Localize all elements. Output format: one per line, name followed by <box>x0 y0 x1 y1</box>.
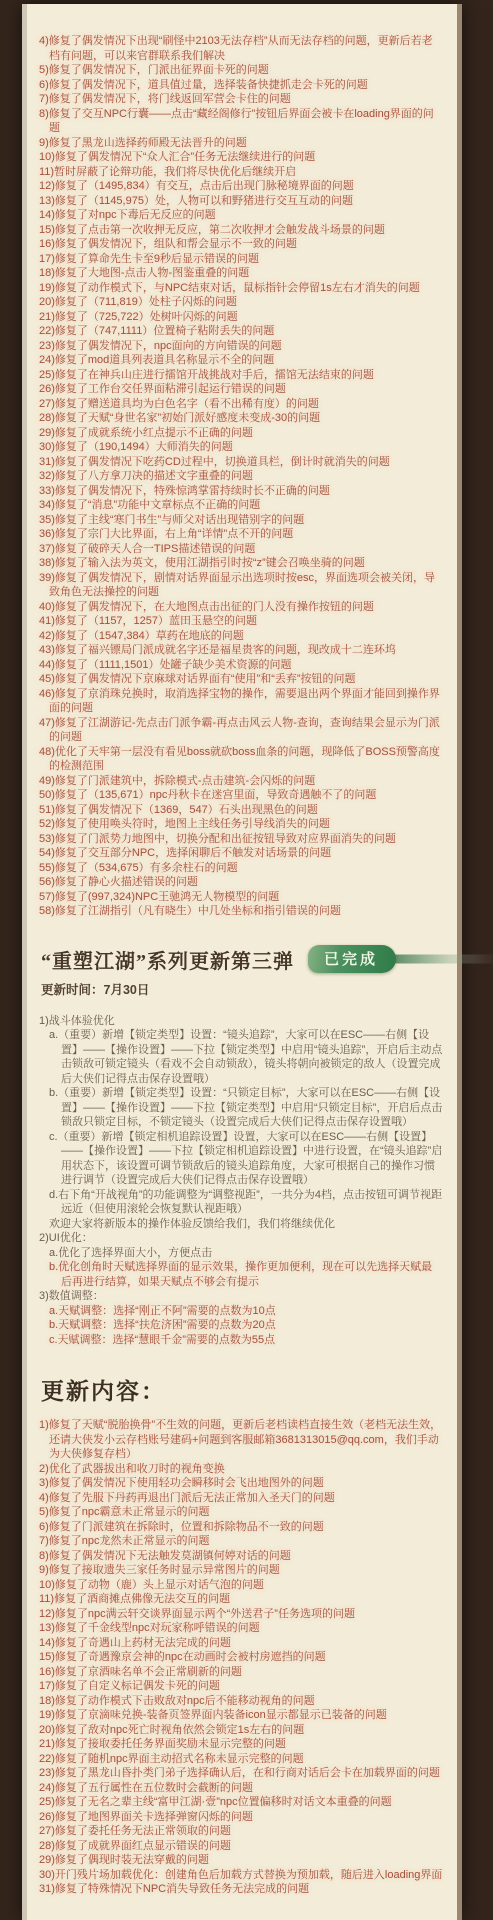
patch-notes-page: 4)修复了偶发情况下出现“刷怪中2103无法存档”从而无法存档的问题，更新后若老… <box>0 0 493 1920</box>
optimization-line: a.（重要）新增【锁定类型】设置：“镜头追踪”，大家可以在ESC——右侧【设置】… <box>39 1028 443 1086</box>
update-item: 28)修复了成就界面红点显示错误的问题 <box>39 1839 443 1854</box>
bugfix-item: 20)修复了（711,819）处柱子闪烁的问题 <box>39 295 443 310</box>
bugfix-item: 28)修复了天赋“身世名家”初始门派好感度未变成-30的问题 <box>39 411 443 426</box>
optimization-line: d.右下角“开战视角”的功能调整为“调整视距”，一共分为4档，点击按钮可调节视距… <box>39 1188 443 1217</box>
update-item: 29)修复了偶现时装无法穿戴的问题 <box>39 1853 443 1868</box>
bugfix-item: 27)修复了赠送道具均为白色名字（看不出稀有度）的问题 <box>39 397 443 412</box>
update-item: 3)修复了偶发情况下使用轻功会瞬移时会飞出地图外的问题 <box>39 1476 443 1491</box>
bugfix-item: 47)修复了江湖游记-先点击门派争霸-再点击风云人物-查询，查询结果会显示为门派… <box>39 716 443 745</box>
optimization-line: 2)UI优化： <box>39 1231 443 1246</box>
bugfix-item: 45)修复了偶发情况下京麻球对话界面有“使用”和“丢弃”按钮的问题 <box>39 672 443 687</box>
bugfix-item: 56)修复了静心火描述错误的问题 <box>39 875 443 890</box>
bugfix-item: 25)修复了在神兵山庄进行擂馆开战挑战对手后，擂馆无法结束的问题 <box>39 368 443 383</box>
bugfix-item: 42)修复了（1547,384）草药在地底的问题 <box>39 629 443 644</box>
update-item: 21)修复了接取委托任务界面奖励未显示完整的问题 <box>39 1737 443 1752</box>
bugfix-item: 21)修复了（725,722）处树叶闪烁的问题 <box>39 310 443 325</box>
bugfix-item: 26)修复了工作台交任界面粘滞引起运行错误的问题 <box>39 382 443 397</box>
bugfix-item: 34)修复了“消息”功能中文章标点不正确的问题 <box>39 498 443 513</box>
optimization-blocks: 1)战斗体验优化a.（重要）新增【锁定类型】设置：“镜头追踪”，大家可以在ESC… <box>39 1014 443 1348</box>
update-item: 1)修复了天赋“脱胎换骨”不生效的问题，更新后老档读档直接生效（老档无法生效，还… <box>39 1418 443 1462</box>
update-item: 16)修复了京酒味名单不会正常刷新的问题 <box>39 1665 443 1680</box>
bugfix-item: 11)暂时屏蔽了论辩功能，我们将尽快优化后继续开启 <box>39 165 443 180</box>
update-item: 18)修复了动作模式下击败敌对npc后不能移动视角的问题 <box>39 1694 443 1709</box>
bugfix-item: 19)修复了动作模式下，与NPC结束对话，鼠标指针会停留1s左右才消失的问题 <box>39 281 443 296</box>
update-item: 6)修复了门派建筑在拆除时，位置和拆除物品不一致的问题 <box>39 1520 443 1535</box>
bugfix-item: 17)修复了算命先生卡至9秒后显示错误的问题 <box>39 252 443 267</box>
update-item: 25)修复了无名之辈主线“富甲江湖·壹”npc位置偏移时对话文本重叠的问题 <box>39 1795 443 1810</box>
completed-status-badge: 已完成 <box>308 945 396 973</box>
bugfix-item: 16)修复了偶发情况下，组队和帮会显示不一致的问题 <box>39 237 443 252</box>
update-item: 5)修复了npc霸意未正常显示的问题 <box>39 1505 443 1520</box>
series-header: “重塑江湖”系列更新第三弹 已完成 <box>41 945 443 974</box>
update-item: 15)修复了奇遇豫京会神的npc在动画时会被村房遮挡的问题 <box>39 1650 443 1665</box>
bugfix-item: 43)修复了福兴镖局门派成就名字还是福星贵客的问题，现改成十二连环坞 <box>39 643 443 658</box>
bugfix-item: 31)修复了偶发情况下吃药CD过程中，切换道具栏，倒计时就消失的问题 <box>39 455 443 470</box>
bugfix-item: 29)修复了成就系统小红点提示不正确的问题 <box>39 426 443 441</box>
update-item: 4)修复了先服下丹药再退出门派后无法正常加入圣天门的问题 <box>39 1491 443 1506</box>
update-item: 12)修复了npc满云轩交谈界面显示两个“外送君子”任务选项的问题 <box>39 1607 443 1622</box>
bugfix-item: 8)修复了交互NPC行囊——点击“藏经阁修行”按钮后界面会被卡在loading界… <box>39 107 443 136</box>
update-item: 23)修复了黑龙山昏扑类门弟子选择确认后，在和行商对话后会卡在加载界面的问题 <box>39 1766 443 1781</box>
bugfix-item: 55)修复了（534,675）有多余柱石的问题 <box>39 861 443 876</box>
update-item: 9)修复了接取遗失三家任务时显示异常图片的问题 <box>39 1563 443 1578</box>
bugfix-item: 9)修复了黑龙山选择药师殿无法晋升的问题 <box>39 136 443 151</box>
bugfix-item: 22)修复了（747,1111）位置椅子粘附丢失的问题 <box>39 324 443 339</box>
update-item: 13)修复了千金线型npc对玩家称呼错误的问题 <box>39 1621 443 1636</box>
bugfix-item: 50)修复了（135,671）npc丹秋卡在迷宫里面，导致奇遇触不了的问题 <box>39 788 443 803</box>
optimization-line: a.优化了选择界面大小，方便点击 <box>39 1246 443 1261</box>
optimization-line: b.天赋调整：选择“扶危济困”需要的点数为20点 <box>39 1318 443 1333</box>
bugfix-item: 51)修复了偶发情况下（1369，547）石头出现黑色的问题 <box>39 803 443 818</box>
update-item: 30)开门残片场加载优化：创建角色后加载方式替换为预加载，随后进入loading… <box>39 1868 443 1883</box>
update-item: 10)修复了动物（鹿）头上显示对话气泡的问题 <box>39 1578 443 1593</box>
bugfix-item: 57)修复了(997,324)NPC王驰鸿无人物模型的问题 <box>39 890 443 905</box>
optimization-line: 1)战斗体验优化 <box>39 1014 443 1029</box>
update-item: 24)修复了五行属性在五位数时会截断的问题 <box>39 1781 443 1796</box>
bugfix-item: 58)修复了江湖指引（凡有晓生）中几处坐标和指引错误的问题 <box>39 904 443 919</box>
bugfix-item: 41)修复了（1157，1257）蓝田玉悬空的问题 <box>39 614 443 629</box>
update-content-list: 1)修复了天赋“脱胎换骨”不生效的问题，更新后老档读档直接生效（老档无法生效，还… <box>39 1418 443 1897</box>
content-panel: 4)修复了偶发情况下出现“刷怪中2103无法存档”从而无法存档的问题，更新后若老… <box>22 4 462 1920</box>
optimization-line: 3)数值调整： <box>39 1289 443 1304</box>
bugfix-item: 18)修复了大地图-点击人物-图鉴重叠的问题 <box>39 266 443 281</box>
bugfix-item: 10)修复了偶发情况下“众人汇合”任务无法继续进行的问题 <box>39 150 443 165</box>
brush-stroke-tail <box>389 955 493 964</box>
optimization-line: b.（重要）新增【锁定类型】设置：“只锁定目标”，大家可以在ESC——右侧【设置… <box>39 1086 443 1130</box>
bugfix-item: 44)修复了（1111,1501）处罐子缺少美术资源的问题 <box>39 658 443 673</box>
bugfix-item: 6)修复了偶发情况下，道具值过量，选择装备快捷抓走会卡死的问题 <box>39 78 443 93</box>
bugfix-item: 53)修复了门派势力地图中，切换分配和出征按钮导致对应界面消失的问题 <box>39 832 443 847</box>
update-item: 19)修复了京滴味兑换-装备页签界面内装备icon显示都显示已装备的问题 <box>39 1708 443 1723</box>
optimization-line: a.天赋调整：选择“刚正不阿”需要的点数为10点 <box>39 1304 443 1319</box>
bugfix-list-part: 4)修复了偶发情况下出现“刷怪中2103无法存档”从而无法存档的问题，更新后若老… <box>39 34 443 919</box>
update-item: 14)修复了奇遇山上药材无法完成的问题 <box>39 1636 443 1651</box>
update-item: 22)修复了随机npc界面主动招式名称未显示完整的问题 <box>39 1752 443 1767</box>
bugfix-item: 13)修复了（1145,975）处，人物可以和野猪进行交互互动的问题 <box>39 194 443 209</box>
bugfix-item: 37)修复了破碎天人合一TIPS描述错误的问题 <box>39 542 443 557</box>
optimization-line: 欢迎大家将新版本的操作体验反馈给我们，我们将继续优化 <box>39 1217 443 1232</box>
bugfix-item: 5)修复了偶发情况下，门派出征界面卡死的问题 <box>39 63 443 78</box>
bugfix-item: 7)修复了偶发情况下，将门线返回军营会卡住的问题 <box>39 92 443 107</box>
series-title: “重塑江湖”系列更新第三弹 <box>41 945 294 974</box>
bugfix-item: 30)修复了（190,1494）大师消失的问题 <box>39 440 443 455</box>
update-item: 26)修复了地图界面关卡选择弹窗闪烁的问题 <box>39 1810 443 1825</box>
update-item: 17)修复了自定义标记偶发卡死的问题 <box>39 1679 443 1694</box>
bugfix-item: 49)修复了门派建筑中，拆除模式-点击建筑-会闪烁的问题 <box>39 774 443 789</box>
update-item: 7)修复了npc龙然未正常显示的问题 <box>39 1534 443 1549</box>
bugfix-item: 12)修复了（1495,834）有交互，点击后出现门脉秘境界面的问题 <box>39 179 443 194</box>
bugfix-item: 39)修复了偶发情况下，剧情对话界面显示出选项时按esc，界面选项会被关闭，导致… <box>39 571 443 600</box>
bugfix-item: 54)修复了交互部分NPC，选择闲聊后不触发对话场景的问题 <box>39 846 443 861</box>
optimization-line: b.优化创角时天赋选择界面的显示效果，操作更加便利，现在可以先选择天赋最后再进行… <box>39 1260 443 1289</box>
update-item: 31)修复了特殊情况下NPC消失导致任务无法完成的问题 <box>39 1882 443 1897</box>
bugfix-item: 48)优化了天牢第一层没有看见boss就砍boss血条的问题，现降低了BOSS预… <box>39 745 443 774</box>
bugfix-item: 24)修复了mod道具列表道具名称显示不全的问题 <box>39 353 443 368</box>
update-item: 8)修复了偶发情况下无法触发莫湖镇何婷对话的问题 <box>39 1549 443 1564</box>
update-time: 更新时间：7月30日 <box>41 980 443 998</box>
bugfix-item: 40)修复了偶发情况下，在大地图点击出征的门人没有操作按钮的问题 <box>39 600 443 615</box>
bugfix-item: 4)修复了偶发情况下出现“刷怪中2103无法存档”从而无法存档的问题，更新后若老… <box>39 34 443 63</box>
bugfix-item: 35)修复了主线“寒门书生”与师父对话出现错别字的问题 <box>39 513 443 528</box>
bugfix-item: 14)修复了对npc下毒后无反应的问题 <box>39 208 443 223</box>
bugfix-item: 23)修复了偶发情况下，npc面向的方向错误的问题 <box>39 339 443 354</box>
bugfix-item: 38)修复了输入法为英文，使用江湖指引时按“z”键会召唤坐骑的问题 <box>39 556 443 571</box>
update-item: 2)优化了武器拔出和收刀时的视角变换 <box>39 1462 443 1477</box>
bugfix-item: 15)修复了点击第一次收押无反应，第二次收押才会触发战斗场景的问题 <box>39 223 443 238</box>
status-badge-wrap: 已完成 <box>308 945 396 973</box>
bugfix-item: 36)修复了宗门大比界面，右上角“详情”点不开的问题 <box>39 527 443 542</box>
update-content-heading: 更新内容： <box>41 1373 443 1406</box>
bugfix-item: 33)修复了偶发情况下，特殊惊鸿掌雷持续时长不正确的问题 <box>39 484 443 499</box>
update-item: 20)修复了敌对npc死亡时视角依然会锁定1s左右的问题 <box>39 1723 443 1738</box>
bugfix-item: 52)修复了使用唤头符时，地图上主线任务引导线消失的问题 <box>39 817 443 832</box>
update-item: 11)修复了酒商摊点佛像无法交互的问题 <box>39 1592 443 1607</box>
optimization-line: c.天赋调整：选择“慧眼千金”需要的点数为55点 <box>39 1333 443 1348</box>
optimization-line: c.（重要）新增【锁定相机追踪设置】设置，大家可以在ESC——右侧【设置】——【… <box>39 1130 443 1188</box>
bugfix-item: 32)修复了八方拿刀决的描述文字重叠的问题 <box>39 469 443 484</box>
update-item: 27)修复了委托任务无法正常领取的问题 <box>39 1824 443 1839</box>
bugfix-item: 46)修复了京消珠兑换时，取消选择宝物的操作，需要退出两个界面才能回到操作界面的… <box>39 687 443 716</box>
